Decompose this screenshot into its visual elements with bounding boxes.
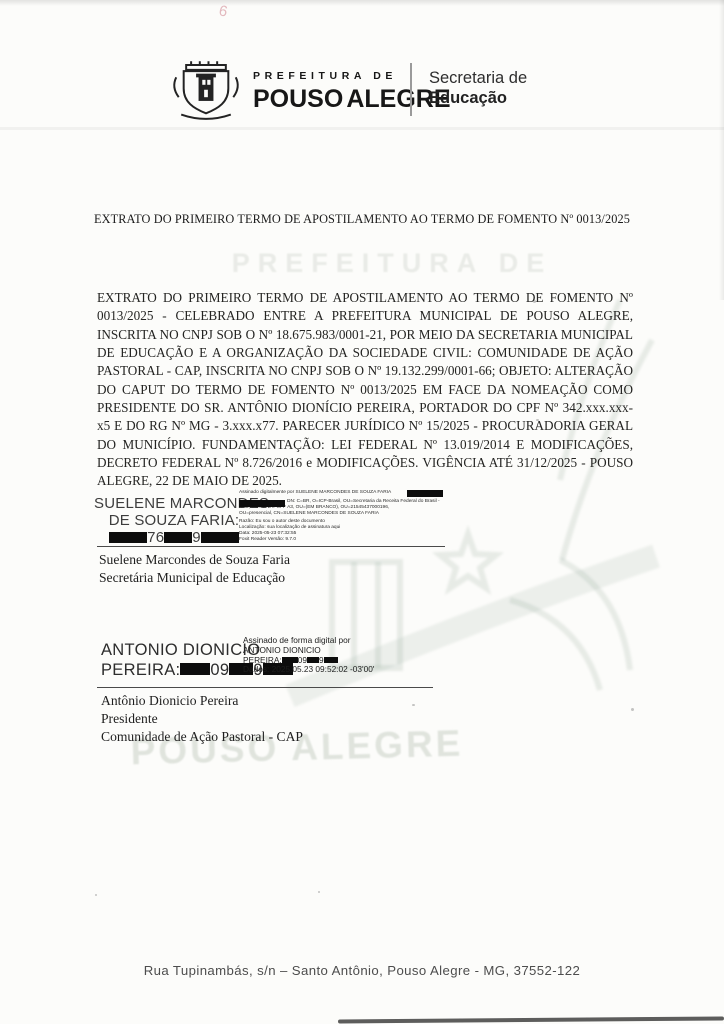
- redaction-box: [407, 490, 443, 497]
- redaction-box: [239, 500, 285, 507]
- document-title: EXTRATO DO PRIMEIRO TERMO DE APOSTILAMEN…: [0, 212, 724, 227]
- cert-line: Dados: 2025.05.23 09:52:02 -03'00': [243, 665, 374, 675]
- redaction-box: [109, 532, 147, 543]
- cert-name-prefix: PEREIRA:: [243, 655, 282, 665]
- scan-speck: [631, 708, 634, 711]
- signatory-name: Antônio Dionicio Pereira: [101, 692, 303, 710]
- signatory-block-suelene: Suelene Marcondes de Souza Faria Secretá…: [99, 551, 290, 587]
- scanned-document-page: 6 PREFEITURA DE POUSO ALEGRE: [0, 0, 724, 1024]
- certificate-details-suelene: Assinado digitalmente por SUELENE MARCON…: [239, 490, 449, 543]
- scan-streak: [0, 127, 724, 130]
- redaction-box: [164, 532, 192, 543]
- department-line2: Educação: [429, 89, 527, 109]
- cpf-fragment: 9: [192, 529, 201, 546]
- redaction-box: [307, 657, 319, 663]
- footer-address: Rua Tupinambás, s/n – Santo Antônio, Pou…: [0, 963, 724, 978]
- cpf-fragment: 76: [147, 529, 164, 546]
- pink-pen-mark: 6: [217, 2, 229, 20]
- scan-speck: [95, 894, 97, 896]
- id-fragment: 09: [210, 661, 229, 679]
- scan-speck: [412, 704, 415, 706]
- redaction-box: [324, 657, 338, 663]
- brand-name: POUSO ALEGRE: [253, 85, 451, 114]
- stamp-name-prefix: PEREIRA:: [101, 661, 180, 679]
- signatory-role: Secretária Municipal de Educação: [99, 569, 290, 587]
- cert-line: Foxit Reader Versão: 9.7.0: [239, 537, 449, 543]
- cert-line: OU=presencial, CN=SUELENE MARCONDES DE S…: [239, 511, 449, 517]
- signatory-org: Comunidade de Ação Pastoral - CAP: [101, 728, 303, 746]
- watermark-text-top: PREFEITURA DE: [60, 248, 724, 279]
- department-line1: Secretaria de: [429, 69, 527, 89]
- brand-block: PREFEITURA DE POUSO ALEGRE: [253, 70, 451, 114]
- signatory-name: Suelene Marcondes de Souza Faria: [99, 551, 290, 569]
- redaction-box: [180, 663, 210, 675]
- redaction-box: [282, 657, 298, 663]
- stamp-name-line2: DE SOUZA FARIA:: [94, 513, 254, 530]
- header-divider: [410, 63, 412, 116]
- document-body-paragraph: EXTRATO DO PRIMEIRO TERMO DE APOSTILAMEN…: [97, 289, 633, 491]
- signatory-role: Presidente: [101, 710, 303, 728]
- stamp-cpf-line: 769: [94, 530, 254, 547]
- stamp-name-line1: SUELENE MARCONDES: [94, 496, 254, 513]
- id-fragment: 09: [298, 655, 307, 665]
- pouso-alegre-coat-of-arms-logo: [168, 60, 244, 122]
- signature-line-antonio: [97, 687, 433, 688]
- scan-speck: [318, 891, 320, 893]
- digital-signature-stamp-suelene: SUELENE MARCONDES DE SOUZA FARIA: 769: [94, 496, 254, 547]
- department-block: Secretaria de Educação: [429, 69, 527, 108]
- certificate-details-antonio: Assinado de forma digital por ANTONIO DI…: [243, 636, 374, 675]
- signature-line-suelene: [97, 546, 445, 547]
- redaction-box: [201, 532, 239, 543]
- scan-right-shadow: [719, 0, 724, 300]
- scan-bottom-edge: [338, 1016, 724, 1023]
- scan-top-shadow: [0, 0, 724, 6]
- brand-top-label: PREFEITURA DE: [253, 70, 451, 82]
- signatory-block-antonio: Antônio Dionicio Pereira Presidente Comu…: [101, 692, 303, 745]
